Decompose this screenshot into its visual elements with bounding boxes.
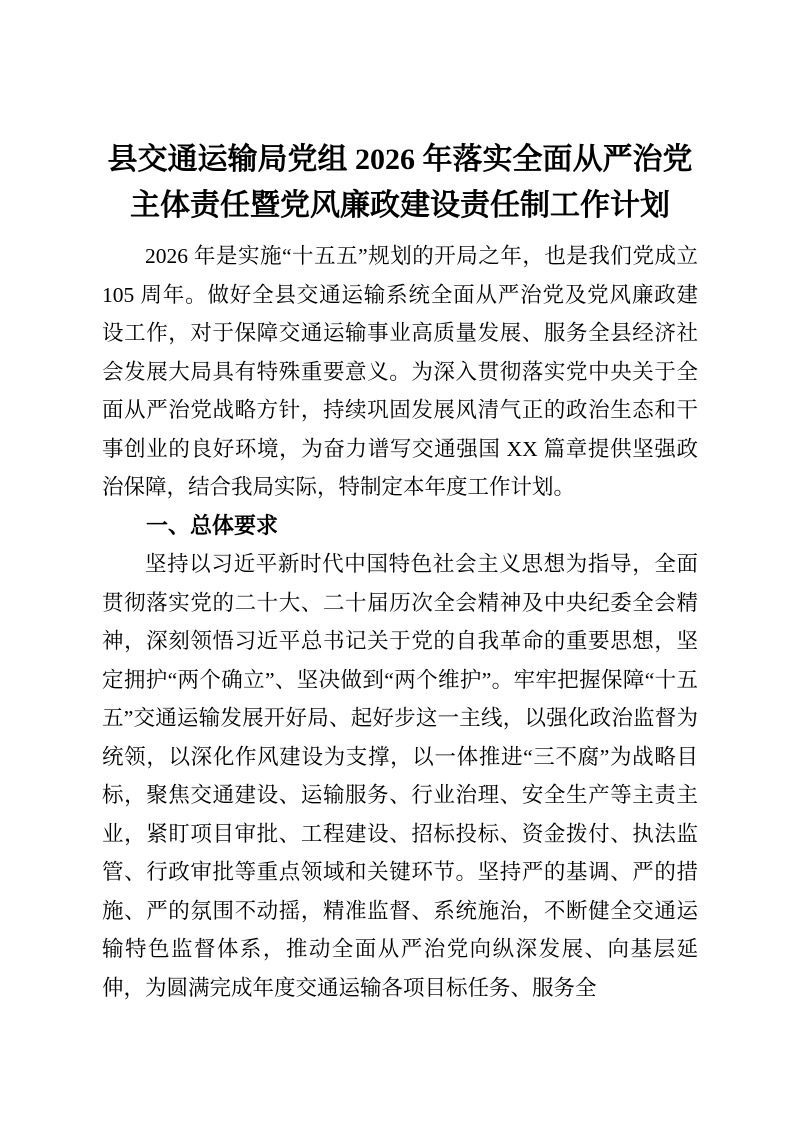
section-heading-overall-requirements: 一、总体要求 [102,507,698,546]
document-title-line-2: 主体责任暨党风廉政建设责任制工作计划 [102,183,698,229]
document-page: 县交通运输局党组 2026 年落实全面从严治党 主体责任暨党风廉政建设责任制工作… [0,0,800,1131]
document-title-line-1: 县交通运输局党组 2026 年落实全面从严治党 [102,137,698,183]
document-title: 县交通运输局党组 2026 年落实全面从严治党 主体责任暨党风廉政建设责任制工作… [102,137,698,229]
intro-paragraph: 2026 年是实施“十五五”规划的开局之年，也是我们党成立 105 周年。做好全… [102,237,698,507]
section-1-paragraph: 坚持以习近平新时代中国特色社会主义思想为指导，全面贯彻落实党的二十大、二十届历次… [102,545,698,1007]
